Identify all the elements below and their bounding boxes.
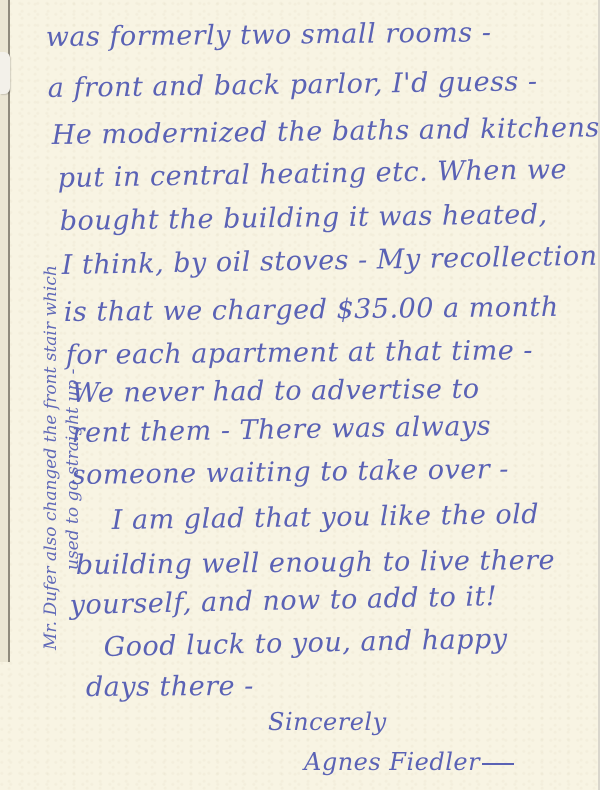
- body-line-12: I am glad that you like the old: [112, 499, 540, 536]
- signature-name: Agnes Fiedler: [304, 748, 480, 776]
- signature-flourish: [482, 763, 514, 765]
- body-line-15: Good luck to you, and happy: [103, 624, 508, 663]
- body-line-8: for each apartment at that time -: [66, 335, 533, 371]
- body-line-3: He modernized the baths and kitchens,: [52, 112, 600, 151]
- body-line-1: was formerly two small rooms -: [46, 17, 492, 53]
- body-line-7: is that we charged $35.00 a month: [64, 292, 559, 328]
- body-line-16: days there -: [86, 671, 254, 703]
- body-line-10: rent them - There was always: [71, 411, 491, 449]
- body-line-11: someone waiting to take over -: [72, 454, 510, 491]
- body-line-5: bought the building it was heated,: [60, 199, 548, 237]
- body-line-13: building well enough to live there: [76, 545, 556, 581]
- body-line-2: a front and back parlor, I'd guess -: [48, 66, 538, 104]
- body-line-6: I think, by oil stoves - My recollection: [61, 241, 597, 281]
- body-line-14: yourself, and now to add to it!: [69, 581, 497, 621]
- signature: Agnes Fiedler: [304, 748, 514, 776]
- body-line-4: put in central heating etc. When we: [57, 154, 567, 194]
- margin-note-line-1: Mr. Dufer also changed the front stair w…: [40, 265, 62, 650]
- closing: Sincerely: [268, 708, 387, 736]
- page-fold-edge: [0, 0, 10, 662]
- paper-tab: [0, 52, 10, 94]
- letter-page: Mr. Dufer also changed the front stair w…: [0, 0, 600, 790]
- body-line-9: We never had to advertise to: [72, 374, 480, 409]
